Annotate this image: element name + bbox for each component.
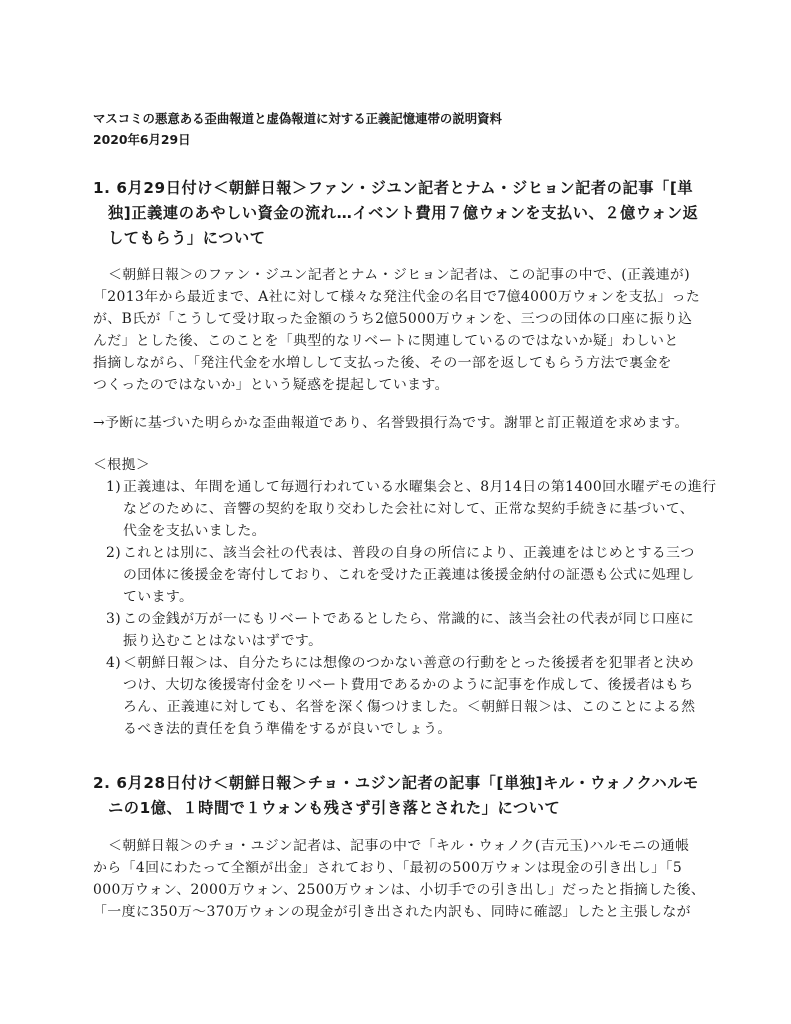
ground-3-line-2: 振り込むことはないはずです。	[123, 631, 322, 651]
grounds-label: ＜根拠＞	[93, 455, 150, 475]
ground-2-line-2: の団体に後援金を寄付しており、これを受けた正義連は後援金納付の証憑も公式に処理し	[123, 565, 695, 585]
section-2-summary-line-1: ＜朝鮮日報＞のチョ・ユジン記者は、記事の中で「キル・ウォノク(吉元玉)ハルモニの…	[108, 836, 689, 856]
section-2-summary-line-4: 「一度に350万～370万ウォンの現金が引き出された内訳も、同時に確認」したと主…	[93, 902, 691, 922]
document-date: 2020年6月29日	[93, 130, 191, 150]
ground-2-line-1: これとは別に、該当会社の代表は、普段の自身の所信により、正義連をはじめとする三つ	[123, 543, 695, 563]
section-1-summary-line-2: 「2013年から最近まで、A社に対して様々な発注代金の名目で7億4000万ウォン…	[93, 287, 700, 307]
section-2-summary-line-2: から「4回にわたって全額が出金」されており、「最初の500万ウォンは現金の引き出…	[93, 858, 682, 878]
document-page: マスコミの悪意ある歪曲報道と虚偽報道に対する正義記憶連帯の説明資料 2020年6…	[0, 0, 791, 1024]
section-2-summary-line-3: 000万ウォン、2000万ウォン、2500万ウォンは、小切手での引き出し」だった…	[93, 880, 705, 900]
ground-3-number: 3)	[106, 609, 121, 629]
section-1-summary-line-4: んだ」とした後、このことを「典型的なリベートに関連しているのではないか疑」わしい…	[93, 331, 679, 351]
section-1-summary-line-5: 指摘しながら、「発注代金を水増しして支払った後、その一部を返してもらう方法で裏金…	[93, 353, 672, 373]
section-1-summary-line-3: が、B氏が「こうして受け取った金額のうち2億5000万ウォンを、三つの団体の口座…	[93, 309, 692, 329]
section-2-heading-line-2: ニの1億、１時間で１ウォンも残さず引き落とされた」について	[108, 798, 560, 818]
section-1-conclusion: →予断に基づいた明らかな歪曲報道であり、名誉毀損行為です。謝罪と訂正報道を求めま…	[93, 413, 689, 433]
section-1-heading-line-2: 独]正義連のあやしい資金の流れ…イベント費用７億ウォンを支払い、２億ウォン返	[108, 203, 698, 223]
ground-2-line-3: ています。	[123, 587, 193, 607]
ground-4-line-2: つけ、大切な後援寄付金をリベート費用であるかのように記事を作成して、後援者はもち	[123, 675, 694, 695]
ground-4-line-1: ＜朝鮮日報＞は、自分たちには想像のつかない善意の行動をとった後援者を犯罪者と決め	[123, 653, 694, 673]
section-1-heading-line-1: 1. 6月29日付け＜朝鮮日報＞ファン・ジユン記者とナム・ジヒョン記者の記事「[…	[93, 178, 693, 198]
ground-2-number: 2)	[106, 543, 121, 563]
ground-4-line-4: るべき法的責任を負う準備をするが良いでしょう。	[123, 719, 452, 739]
section-1-summary-line-6: つくったのではないか」という疑惑を提起しています。	[93, 375, 449, 395]
ground-4-number: 4)	[106, 653, 121, 673]
ground-1-line-2: などのために、音響の契約を取り交わした会社に対して、正常な契約手続きに基づいて、	[123, 499, 694, 519]
ground-4-line-3: ろん、正義連に対しても、名誉を深く傷つけました。＜朝鮮日報＞は、このことによる然	[123, 697, 695, 717]
ground-1-line-3: 代金を支払いました。	[123, 521, 266, 541]
ground-1-number: 1)	[106, 477, 121, 497]
section-1-summary-line-1: ＜朝鮮日報＞のファン・ジユン記者とナム・ジヒョン記者は、この記事の中で、(正義連…	[108, 265, 690, 285]
document-title: マスコミの悪意ある歪曲報道と虚偽報道に対する正義記憶連帯の説明資料	[93, 109, 502, 129]
section-1-heading-line-3: してもらう」について	[108, 228, 266, 248]
section-2-heading-line-1: 2. 6月28日付け＜朝鮮日報＞チョ・ユジン記者の記事「[単独]キル・ウォノクハ…	[93, 773, 699, 793]
ground-3-line-1: この金銭が万が一にもリベートであるとしたら、常識的に、該当会社の代表が同じ口座に	[123, 609, 694, 629]
ground-1-line-1: 正義連は、年間を通して毎週行われている水曜集会と、8月14日の第1400回水曜デ…	[123, 477, 716, 497]
